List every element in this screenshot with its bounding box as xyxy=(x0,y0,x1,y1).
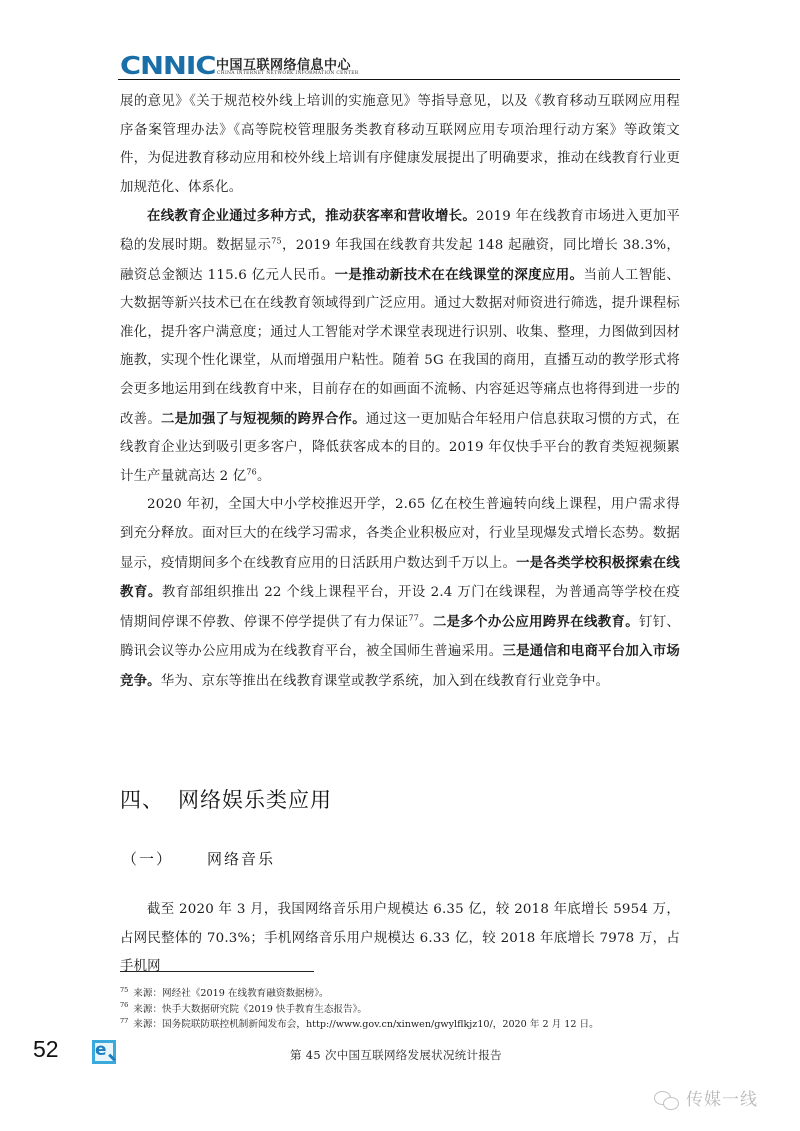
footnote-ref[interactable]: 77 xyxy=(408,613,419,622)
page-number: 52 xyxy=(33,1036,59,1063)
footnote-number: 76 xyxy=(120,1001,128,1009)
paragraph-text: 展的意见》《关于规范校外线上培训的实施意见》等指导意见，以及《教育移动互联网应用… xyxy=(120,94,680,195)
subsection-title: 网络音乐 xyxy=(207,850,275,868)
report-title: 第 45 次中国互联网络发展状况统计报告 xyxy=(290,1047,502,1063)
body-content: 展的意见》《关于规范校外线上培训的实施意见》等指导意见，以及《教育移动互联网应用… xyxy=(120,88,680,696)
music-section-body: 截至 2020 年 3 月，我国网络音乐用户规模达 6.35 亿，较 2018 … xyxy=(120,896,680,982)
footnotes: 75来源：网经社《2019 在线教育融资数据榜》。 76来源：快手大数据研究院《… xyxy=(120,986,680,1033)
paragraph-music: 截至 2020 年 3 月，我国网络音乐用户规模达 6.35 亿，较 2018 … xyxy=(120,896,680,982)
section-title: 网络娱乐类应用 xyxy=(178,788,332,812)
footnote-number: 77 xyxy=(120,1017,128,1025)
page-header: CNNIC 中国互联网络信息中心 CHINA INTERNET NETWORK … xyxy=(118,52,680,82)
watermark: 传媒一线 xyxy=(654,1085,758,1110)
paragraph-policy: 展的意见》《关于规范校外线上培训的实施意见》等指导意见，以及《教育移动互联网应用… xyxy=(120,88,680,202)
wechat-icon xyxy=(654,1090,680,1110)
paragraph-text: 。 xyxy=(419,615,433,630)
emphasis-heading: 在线教育企业通过多种方式，推动获客率和营收增长。 xyxy=(147,208,476,224)
paragraph-online-education: 在线教育企业通过多种方式，推动获客率和营收增长。2019 年在线教育市场进入更加… xyxy=(120,202,680,491)
footnote-text: 来源：快手大数据研究院《2019 快手教育生态报告》。 xyxy=(133,1004,367,1015)
section-number: 四、 xyxy=(120,788,164,812)
magnifier-e-icon: e xyxy=(95,1040,107,1060)
footnote-item: 77来源：国务院联防联控机制新闻发布会，http://www.gov.cn/xi… xyxy=(120,1017,680,1033)
footnote-text[interactable]: 来源：国务院联防联控机制新闻发布会，http://www.gov.cn/xinw… xyxy=(133,1019,598,1030)
paragraph-text: 华为、京东等推出在线教育课堂或教学系统，加入到在线教育行业竞争中。 xyxy=(161,674,610,689)
org-name-en: CHINA INTERNET NETWORK INFORMATION CENTE… xyxy=(217,71,359,76)
emphasis-point: 一是推动新技术在在线课堂的深度应用。 xyxy=(335,267,584,283)
subsection-number: （一） xyxy=(122,850,173,868)
footnote-item: 76来源：快手大数据研究院《2019 快手教育生态报告》。 xyxy=(120,1002,680,1018)
footnote-number: 75 xyxy=(120,986,128,994)
header-divider xyxy=(118,79,680,80)
footnote-item: 75来源：网经社《2019 在线教育融资数据榜》。 xyxy=(120,986,680,1002)
footnote-text: 来源：网经社《2019 在线教育融资数据榜》。 xyxy=(133,988,328,999)
section-heading: 四、网络娱乐类应用 xyxy=(120,784,332,814)
footnote-ref[interactable]: 76 xyxy=(246,467,257,476)
subsection-heading: （一）网络音乐 xyxy=(122,848,275,869)
watermark-text: 传媒一线 xyxy=(686,1090,758,1110)
report-logo-icon: e xyxy=(92,1040,116,1064)
cnnic-logo: CNNIC xyxy=(120,54,215,78)
footnote-divider xyxy=(120,971,314,972)
paragraph-text: 。 xyxy=(257,469,271,484)
emphasis-point: 二是多个办公应用跨界在线教育。 xyxy=(433,614,639,630)
paragraph-text: 当前人工智能、大数据等新兴技术已在在线教育领域得到广泛应用。通过大数据对师资进行… xyxy=(120,268,680,427)
paragraph-2020-pandemic: 2020 年初，全国大中小学校推迟开学，2.65 亿在校生普遍转向线上课程，用户… xyxy=(120,491,680,696)
emphasis-point: 二是加强了与短视频的跨界合作。 xyxy=(161,411,366,427)
footnote-ref[interactable]: 75 xyxy=(271,237,282,246)
